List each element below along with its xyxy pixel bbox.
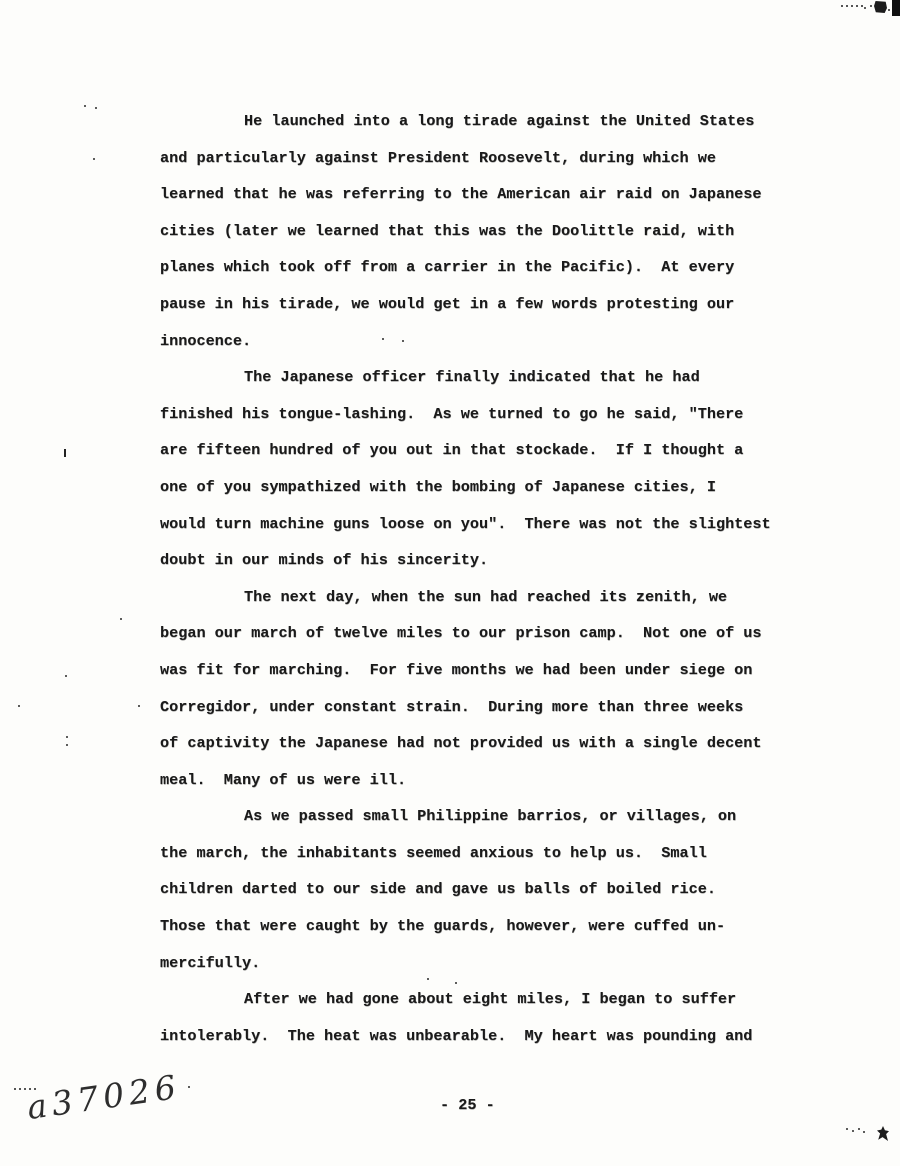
- typed-line: mercifully.: [160, 945, 800, 982]
- smudge-mark: [874, 1, 887, 13]
- smudge-mark: [877, 1126, 889, 1141]
- ink-speck: [66, 744, 68, 746]
- ink-speck: [64, 449, 66, 457]
- typed-line: finished his tongue-lashing. As we turne…: [160, 396, 800, 433]
- typed-line: He launched into a long tirade against t…: [160, 103, 800, 140]
- typed-text-block: He launched into a long tirade against t…: [160, 103, 800, 1054]
- typed-line: innocence.: [160, 323, 800, 360]
- ink-speck: [888, 9, 890, 11]
- ink-speck: [95, 107, 97, 109]
- smudge-mark: [892, 0, 900, 16]
- scanned-document-page: He launched into a long tirade against t…: [0, 0, 900, 1166]
- typed-line: planes which took off from a carrier in …: [160, 249, 800, 286]
- smudge-mark: [841, 5, 863, 7]
- ink-speck: [455, 982, 457, 984]
- ink-speck: [84, 105, 86, 107]
- typed-line: As we passed small Philippine barrios, o…: [160, 798, 800, 835]
- ink-speck: [120, 618, 122, 620]
- handwritten-annotation: a37026: [25, 1067, 184, 1127]
- ink-speck: [864, 7, 866, 9]
- typed-line: intolerably. The heat was unbearable. My…: [160, 1018, 800, 1055]
- typed-line: are fifteen hundred of you out in that s…: [160, 432, 800, 469]
- typed-line: would turn machine guns loose on you". T…: [160, 506, 800, 543]
- typed-line: of captivity the Japanese had not provid…: [160, 725, 800, 762]
- ink-speck: [852, 1130, 854, 1132]
- ink-speck: [382, 338, 384, 340]
- typed-line: The next day, when the sun had reached i…: [160, 579, 800, 616]
- typed-line: The Japanese officer finally indicated t…: [160, 359, 800, 396]
- typed-line: learned that he was referring to the Ame…: [160, 176, 800, 213]
- ink-speck: [858, 1128, 860, 1130]
- typed-line: the march, the inhabitants seemed anxiou…: [160, 835, 800, 872]
- ink-speck: [138, 705, 140, 707]
- ink-speck: [65, 675, 67, 677]
- ink-speck: [846, 1128, 848, 1130]
- typed-line: and particularly against President Roose…: [160, 140, 800, 177]
- typed-line: pause in his tirade, we would get in a f…: [160, 286, 800, 323]
- typed-line: doubt in our minds of his sincerity.: [160, 542, 800, 579]
- typed-line: children darted to our side and gave us …: [160, 871, 800, 908]
- typed-line: After we had gone about eight miles, I b…: [160, 981, 800, 1018]
- ink-speck: [18, 705, 20, 707]
- ink-speck: [188, 1086, 190, 1088]
- typed-line: meal. Many of us were ill.: [160, 762, 800, 799]
- page-number: - 25 -: [440, 1096, 495, 1114]
- smudge-mark: [14, 1088, 36, 1090]
- typed-line: began our march of twelve miles to our p…: [160, 615, 800, 652]
- typed-line: was fit for marching. For five months we…: [160, 652, 800, 689]
- ink-speck: [66, 736, 68, 738]
- ink-speck: [427, 978, 429, 980]
- ink-speck: [863, 1131, 865, 1133]
- ink-speck: [870, 5, 872, 7]
- typed-line: one of you sympathized with the bombing …: [160, 469, 800, 506]
- typed-line: cities (later we learned that this was t…: [160, 213, 800, 250]
- ink-speck: [93, 158, 95, 160]
- typed-line: Those that were caught by the guards, ho…: [160, 908, 800, 945]
- typed-line: Corregidor, under constant strain. Durin…: [160, 689, 800, 726]
- ink-speck: [402, 340, 404, 342]
